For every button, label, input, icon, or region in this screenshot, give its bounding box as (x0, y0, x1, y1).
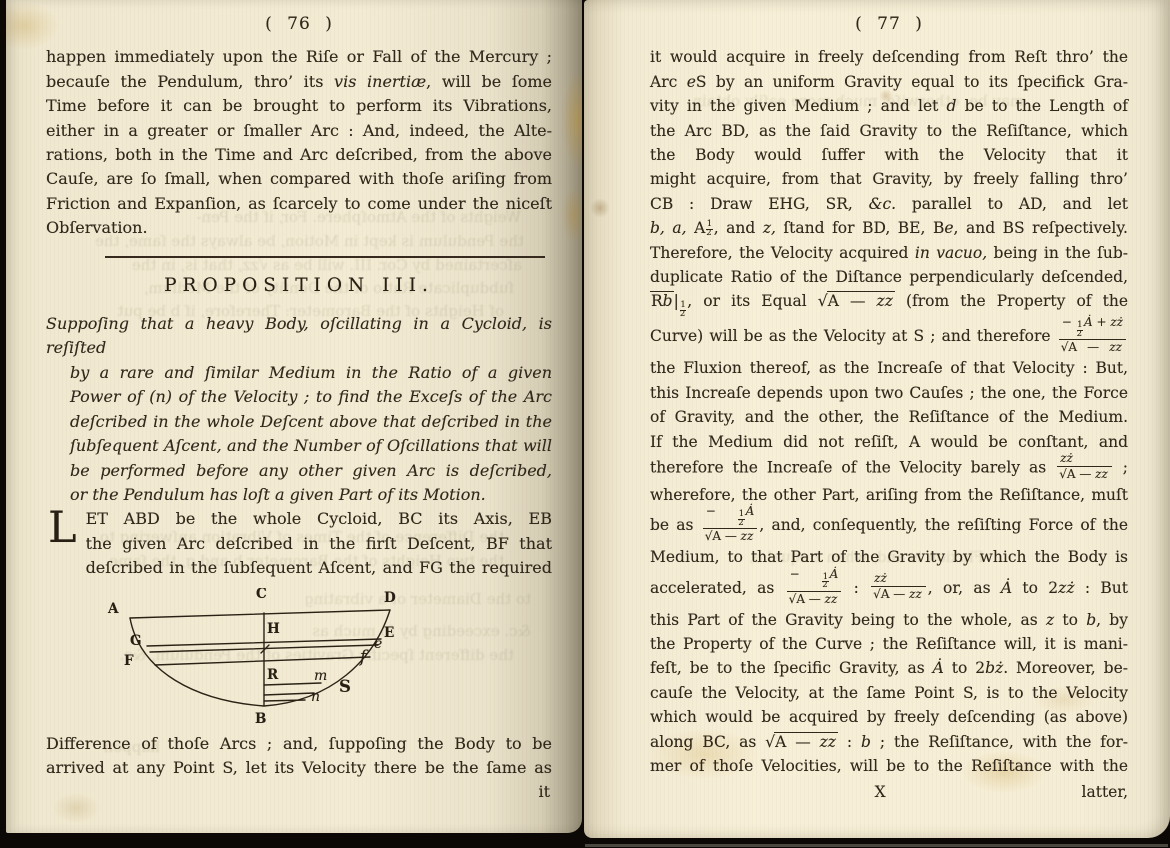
radical-term: √A — zz (1059, 466, 1110, 481)
text-line: therefore the Increaſe of the Velocity b… (650, 454, 1128, 483)
fraction: − 12Ȧ√A — zz (703, 505, 758, 543)
text-line: b, a, A12, and z, ſtand for BD, BE, Be, … (650, 216, 1128, 240)
fraction: zż√A — zz (871, 572, 926, 601)
text-line: the given Arc deſcribed in the firſt Deſ… (46, 532, 552, 556)
italic-text: Ȧ (746, 504, 755, 518)
text-line: Medium, to that Part of the Gravity by w… (650, 545, 1128, 569)
text-line: happen immediately upon the Riſe or Fall… (46, 45, 552, 69)
italic-text: zz (1109, 340, 1122, 354)
italic-text: zż (1110, 315, 1123, 329)
italic-text: Ȧ (1001, 579, 1012, 597)
italic-text: b (861, 733, 871, 751)
line-Rm (264, 683, 321, 685)
text-line: be as − 12Ȧ√A — zz, and, conſequently, t… (650, 507, 1128, 545)
page-number-header: ( 77 ) (650, 12, 1128, 36)
figure-label-m: m (314, 668, 327, 684)
radical-sign: √ (765, 733, 774, 751)
figure-label-F: F (124, 653, 134, 669)
catchword: latter, (1082, 780, 1128, 804)
cycloid-diagram: ACDGHEFefRmnSB (102, 588, 404, 728)
line-Rn (264, 693, 314, 695)
italic-text: zż (1060, 451, 1073, 465)
section-rule (105, 256, 545, 258)
line-lower (264, 700, 305, 701)
text-line: feſt, be to the ſpecific Gravity, as Ȧ t… (650, 656, 1128, 680)
italic-text: z, (763, 219, 776, 237)
text-line: Curve) will be as the Velocity at S ; an… (650, 318, 1128, 356)
text-line: might acquire, from that Gravity, by fre… (650, 167, 1128, 191)
line-Ff (155, 657, 370, 665)
italic-text: z (1046, 611, 1054, 629)
text-line: vity in the given Medium ; and let d be … (650, 94, 1128, 118)
paragraph: LET ABD be the whole Cycloid, BC its Axi… (46, 507, 552, 580)
page-content: it would acquire in freely deſcending fr… (650, 45, 1128, 804)
text-line: either in a greater or ſmaller Arc : And… (46, 119, 552, 143)
text-line: cauſe the Velocity, at the ſame Point S,… (650, 681, 1128, 705)
italic-text: zz (820, 733, 836, 751)
radical-term: √A — zz (789, 591, 840, 606)
italic-text: Ȧ (933, 659, 944, 677)
text-line: duplicate Ratio of the Diſtance perpendi… (650, 265, 1128, 289)
text-line: which would be acquired by freely deſcen… (650, 705, 1128, 729)
figure-label-D: D (384, 590, 396, 606)
small-fraction: 12 (822, 574, 828, 590)
text-line: becauſe the Pendulum, thro’ its vis iner… (46, 70, 552, 94)
text-line: Rb|12, or its Equal √A — zz (from the Pr… (650, 289, 1128, 318)
text-line: CB : Draw EHG, SR, &c. parallel to AD, a… (650, 192, 1128, 216)
italic-text: zz (1095, 467, 1108, 481)
paragraph: happen immediately upon the Riſe or Fall… (46, 45, 552, 240)
figure-label-B: B (255, 711, 266, 727)
paragraph: Difference of thoſe Arcs ; and, ſuppoſin… (46, 732, 552, 781)
page-edge-highlight (585, 844, 1168, 847)
radical-sign: √ (818, 292, 827, 310)
italic-text: &c. (869, 195, 896, 213)
text-line: or the Pendulum has loſt a given Part of… (46, 483, 552, 507)
italic-text: Ȧ (830, 567, 839, 581)
text-line: the Body would ſuffer with the Velocity … (650, 143, 1128, 167)
text-line: this Part of the Gravity being to the wh… (650, 608, 1128, 632)
left-page: ( 76 ) happen immediately upon the Riſe … (6, 0, 582, 833)
signature-row: Xlatter, (650, 780, 1128, 805)
italic-text: zz (877, 292, 893, 310)
italic-text: d (947, 97, 957, 115)
text-line: deſcribed in the whole Deſcent above tha… (46, 410, 552, 434)
radical-sign: √ (705, 529, 712, 543)
text-line: this Increaſe depends upon two Cauſes ; … (650, 381, 1128, 405)
chord-AD (130, 610, 390, 618)
text-line: the Property of the Curve ; the Reſiſtan… (650, 632, 1128, 656)
italic-text: Ȧ (1084, 315, 1093, 329)
text-line: accelerated, as − 12Ȧ√A — zz : zż√A — zz… (650, 570, 1128, 608)
fraction: zż√A — zz (1057, 452, 1112, 481)
text-line: mer of thoſe Velocities, will be to the … (650, 754, 1128, 778)
italic-text: b (663, 292, 673, 310)
text-line: Time before it can be brought to perform… (46, 94, 552, 118)
drop-cap: L (46, 507, 86, 556)
figure-label-G: G (130, 633, 142, 649)
figure-label-e: e (374, 636, 382, 652)
text-line: Arc eS by an uniform Gravity equal to it… (650, 70, 1128, 94)
left-page-column: ( 76 ) happen immediately upon the Riſe … (46, 12, 552, 805)
text-line: by a rare and ſimilar Medium in the Rati… (46, 361, 552, 385)
text-line: it would acquire in freely deſcending fr… (650, 45, 1128, 69)
italic-text: b (1086, 611, 1096, 629)
page-content: happen immediately upon the Riſe or Fall… (46, 45, 552, 804)
fraction: − 12Ȧ√A — zz (787, 568, 842, 606)
paragraph: it would acquire in freely deſcending fr… (650, 45, 1128, 778)
radical-sign: √ (873, 587, 880, 601)
text-line: ſubſequent Aſcent, and the Number of Oſc… (46, 434, 552, 458)
figure-label-S: S (339, 677, 351, 696)
italic-text: zz (909, 587, 922, 601)
paragraph: Suppoſing that a heavy Body, oſcillating… (46, 312, 552, 507)
italic-text: zz (741, 529, 754, 543)
text-line: ET ABD be the whole Cycloid, BC its Axis… (46, 507, 552, 531)
radical-term: √A — zz (705, 528, 756, 543)
fraction: − 12Ȧ + zż√A — zz (1059, 316, 1126, 354)
text-line: Cauſe, are ſo ſmall, when compared with … (46, 167, 552, 191)
signature-mark: X (875, 780, 886, 804)
radical-sign: √ (1061, 340, 1068, 354)
page-number-header: ( 76 ) (46, 12, 552, 36)
text-line: the Arc BD, as the ſaid Gravity to the R… (650, 119, 1128, 143)
small-fraction: 12 (680, 302, 686, 318)
radical-term: √A — zz (765, 732, 838, 751)
text-line: Obſervation. (46, 216, 552, 240)
right-page: ( 77 ) it would acquire in freely deſcen… (584, 0, 1170, 838)
italic-text: vis inertiæ (334, 72, 426, 91)
overline-term: Rb (650, 291, 674, 310)
figure-label-H: H (267, 621, 280, 637)
right-page-column: ( 77 ) it would acquire in freely deſcen… (650, 12, 1128, 805)
text-line: Therefore, the Velocity acquired in vacu… (650, 241, 1128, 265)
text-line: Difference of thoſe Arcs ; and, ſuppoſin… (46, 732, 552, 756)
text-line: be performed before any other given Arc … (46, 459, 552, 483)
figure-label-A: A (107, 601, 119, 617)
proposition-heading: PROPOSITION III. (46, 274, 552, 298)
figure-block: ACDGHEFefRmnSB (102, 588, 404, 728)
radical-term: √A — zz (873, 586, 924, 601)
text-line: along BC, as √A — zz : b ; the Reſiſtanc… (650, 730, 1128, 754)
radical-sign: √ (1059, 467, 1066, 481)
text-line: rations, both in the Time and Arc deſcri… (46, 143, 552, 167)
italic-text: e (687, 73, 696, 91)
text-line: Suppoſing that a heavy Body, oſcillating… (46, 312, 552, 361)
text-line: the Fluxion thereof, as the Increaſe of … (650, 356, 1128, 380)
small-fraction: 12 (1077, 322, 1083, 338)
italic-text: b, a, (650, 219, 687, 237)
catchword: it (46, 780, 552, 804)
radical-term: √A — zz (818, 291, 895, 310)
text-line: of Gravity, and the other, the Reſiſtanc… (650, 405, 1128, 429)
radical-sign: √ (789, 592, 796, 606)
figure-label-R: R (267, 667, 279, 683)
figure-label-C: C (256, 588, 267, 602)
text-line: deſcribed in the ſubſequent Aſcent, and … (46, 556, 552, 580)
italic-text: e (944, 219, 953, 237)
italic-text: zż (874, 571, 887, 585)
small-fraction: 12 (738, 511, 744, 527)
text-line: Friction and Expanſion, as ſcarcely to c… (46, 192, 552, 216)
figure-label-E: E (384, 625, 394, 641)
text-line: Power of (n) of the Velocity ; to find t… (46, 385, 552, 409)
text-line: If the Medium did not reſiſt, A would be… (650, 430, 1128, 454)
italic-text: bż (985, 659, 1003, 677)
small-fraction: 12 (706, 221, 712, 237)
italic-text: in vacuo, (915, 244, 987, 262)
italic-text: zz (825, 592, 838, 606)
italic-text: zż (1058, 579, 1074, 597)
text-line: arrived at any Point S, let its Velocity… (46, 756, 552, 780)
radical-term: √A — zz (1061, 339, 1124, 354)
figure-label-n: n (311, 689, 320, 705)
